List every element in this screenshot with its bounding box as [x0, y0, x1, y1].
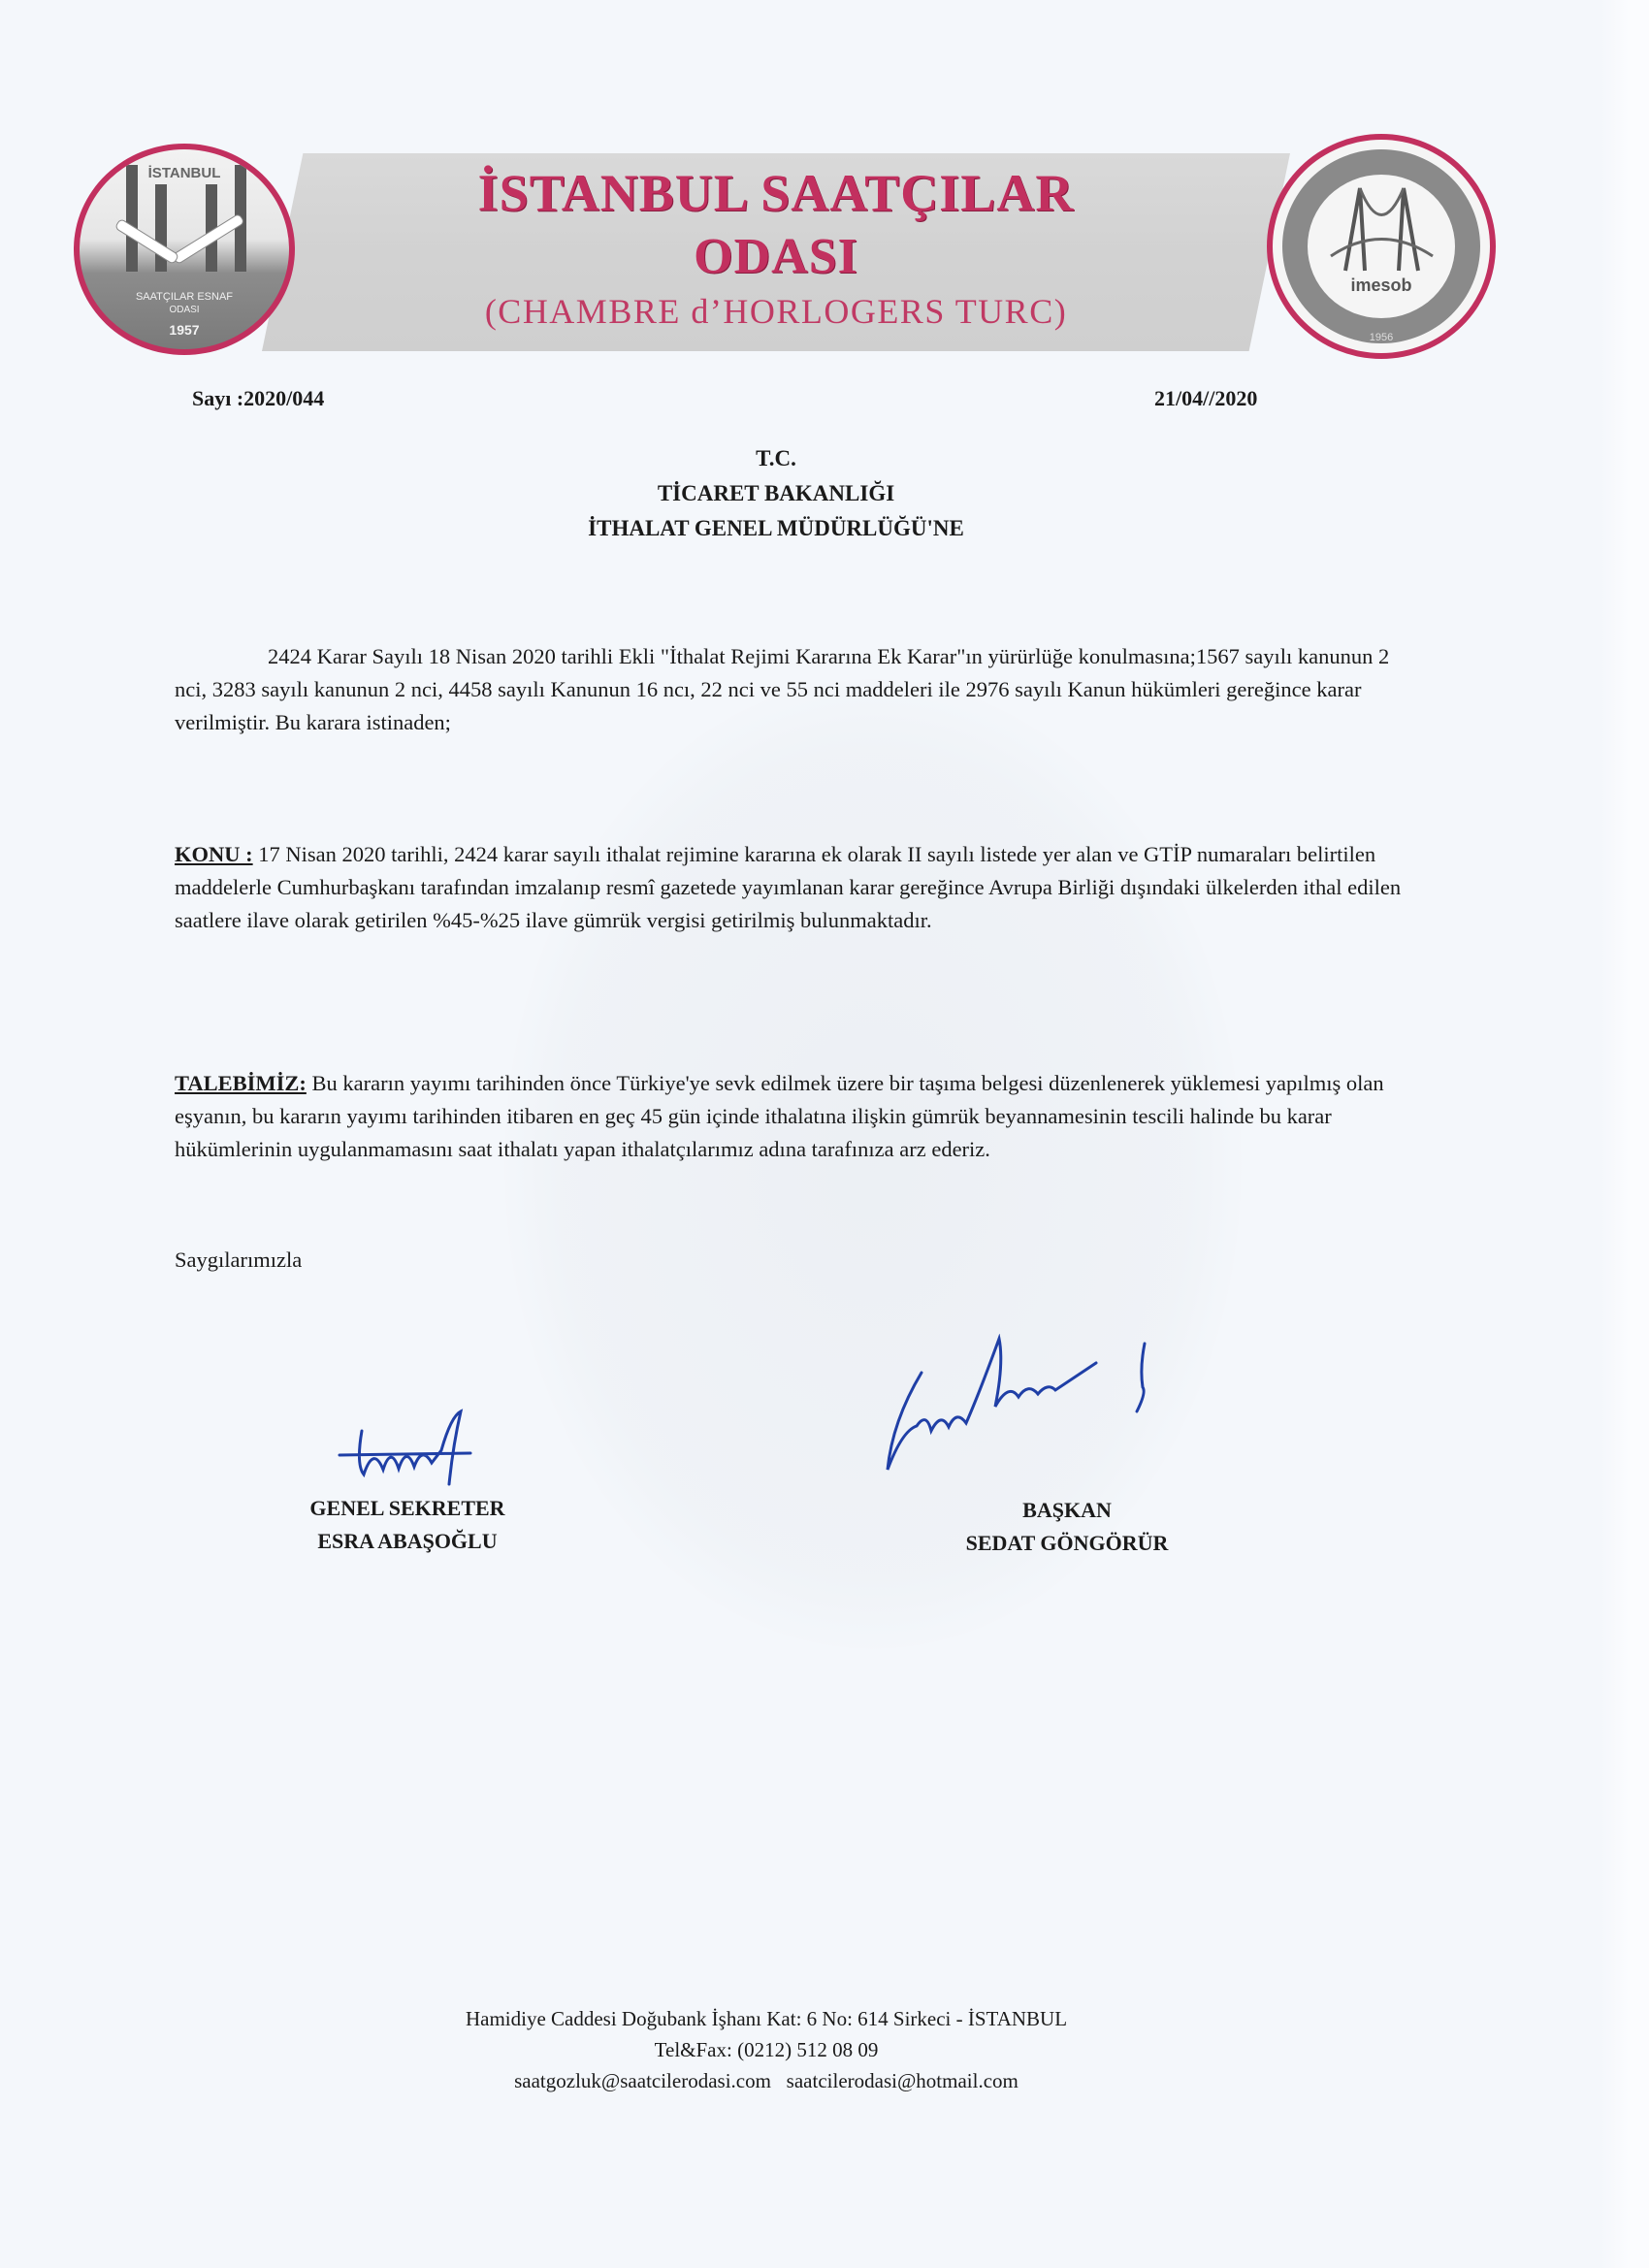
logo-bottom-text: ODASI — [80, 305, 289, 315]
logo-year: 1956 — [1273, 332, 1490, 343]
closing: Saygılarımızla — [175, 1244, 1402, 1277]
chamber-logo: İSTANBUL SAATÇILAR ESNAF ODASI 1957 — [74, 144, 295, 355]
bridge-icon — [1326, 183, 1438, 275]
recipient-line: T.C. — [0, 446, 1552, 471]
request-paragraph: TALEBİMİZ: Bu kararın yayımı tarihinden … — [175, 1067, 1402, 1166]
footer-phone: Tel&Fax: (0212) 512 08 09 — [0, 2035, 1533, 2065]
logo-bottom-text: SAATÇILAR ESNAF — [80, 291, 289, 303]
signature-president — [873, 1334, 1203, 1479]
signatory-title: BAŞKAN — [907, 1494, 1227, 1527]
minaret-icon — [126, 165, 138, 272]
subject-label: KONU : — [175, 842, 253, 866]
letterhead-subtitle: ODASI — [262, 228, 1290, 285]
logo-year: 1957 — [80, 322, 289, 338]
intro-paragraph: 2424 Karar Sayılı 18 Nisan 2020 tarihli … — [175, 640, 1402, 739]
imesob-logo: imesob 1956 — [1267, 134, 1496, 359]
clock-hand-icon — [114, 218, 179, 265]
scan-edge — [1600, 0, 1649, 2268]
logo-city-text: İSTANBUL — [80, 165, 289, 181]
letterhead-title: İSTANBUL SAATÇILAR — [262, 163, 1290, 223]
recipient-ministry: TİCARET BAKANLIĞI — [0, 481, 1552, 506]
signatory-secretary: GENEL SEKRETER ESRA ABAŞOĞLU — [262, 1492, 553, 1558]
document-number: Sayı :2020/044 — [192, 386, 324, 411]
logo-brand: imesob — [1273, 275, 1490, 296]
footer-emails: saatgozluk@saatcilerodasi.com saatcilero… — [0, 2066, 1533, 2096]
footer-address: Hamidiye Caddesi Doğubank İşhanı Kat: 6 … — [0, 2004, 1533, 2034]
request-label: TALEBİMİZ: — [175, 1071, 307, 1095]
subject-text: 17 Nisan 2020 tarihli, 2424 karar sayılı… — [175, 842, 1401, 932]
request-text: Bu kararın yayımı tarihinden önce Türkiy… — [175, 1071, 1384, 1161]
subject-paragraph: KONU : 17 Nisan 2020 tarihli, 2424 karar… — [175, 838, 1402, 937]
recipient-directorate: İTHALAT GENEL MÜDÜRLÜĞÜ'NE — [0, 516, 1552, 541]
signatory-title: GENEL SEKRETER — [262, 1492, 553, 1525]
signature-secretary — [335, 1407, 509, 1494]
document-date: 21/04//2020 — [1154, 386, 1257, 411]
signatory-name: SEDAT GÖNGÖRÜR — [907, 1527, 1227, 1560]
letterhead-french-title: (CHAMBRE d’HORLOGERS TURC) — [262, 291, 1290, 332]
signatory-name: ESRA ABAŞOĞLU — [262, 1525, 553, 1558]
signatory-president: BAŞKAN SEDAT GÖNGÖRÜR — [907, 1494, 1227, 1560]
